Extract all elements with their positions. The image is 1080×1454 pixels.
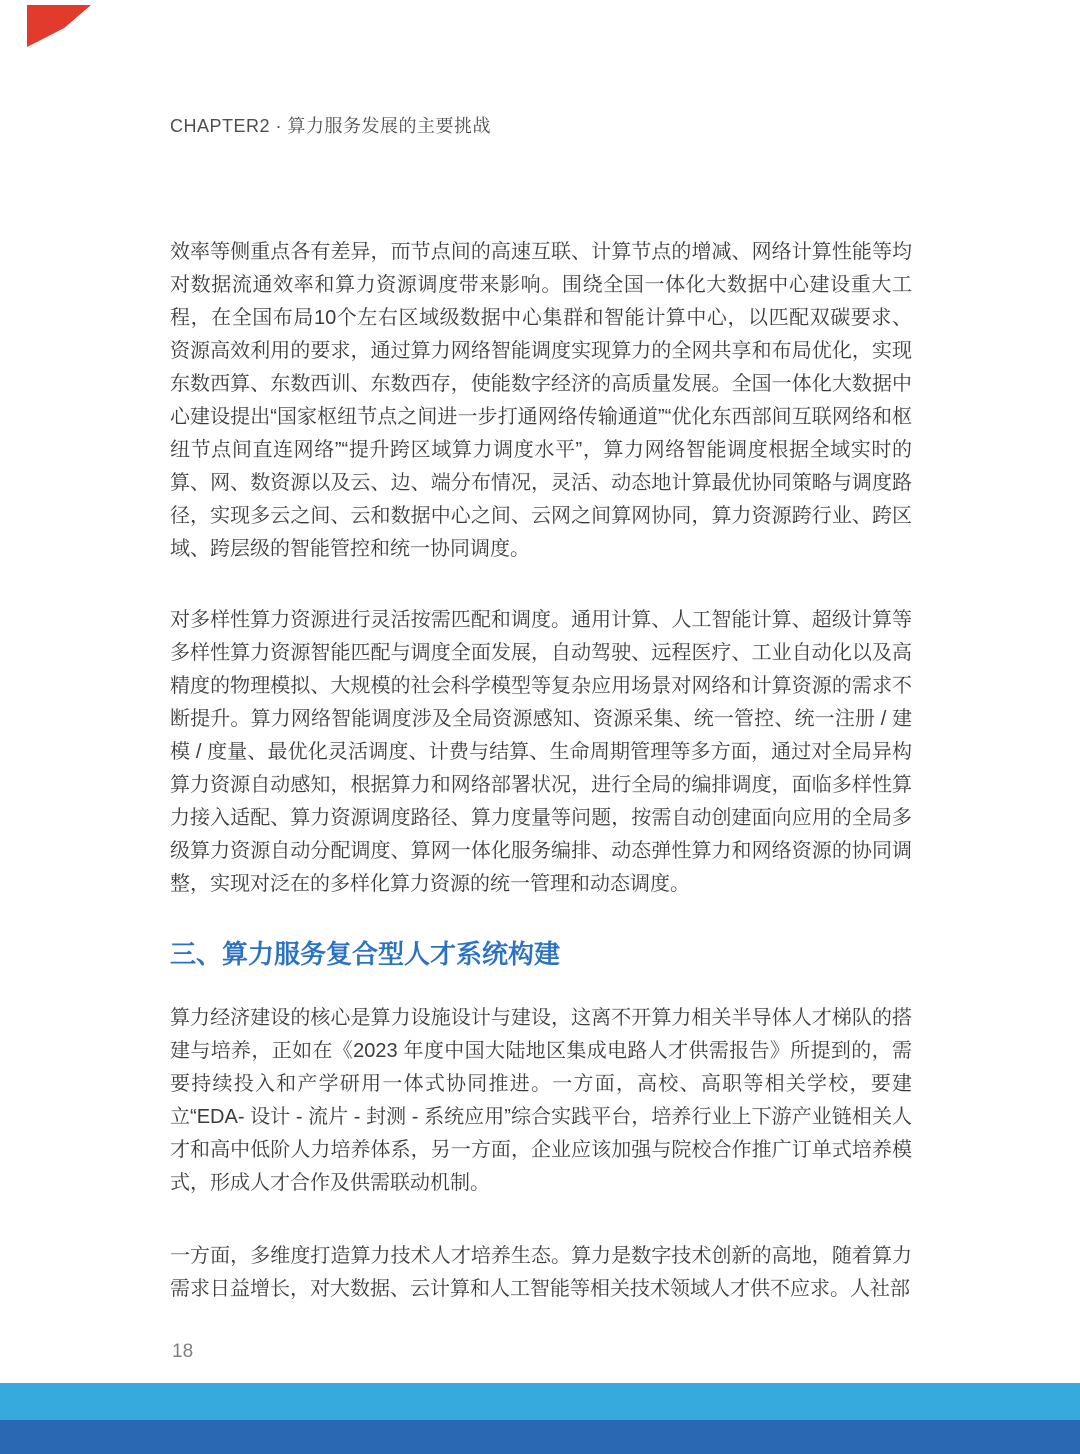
chapter-header: CHAPTER2 · 算力服务发展的主要挑战 (170, 112, 491, 138)
section-heading: 三、算力服务复合型人才系统构建 (170, 936, 912, 972)
body-paragraph-4: 一方面，多维度打造算力技术人才培养生态。算力是数字技术创新的高地，随着算力需求日… (170, 1240, 912, 1306)
page-number: 18 (172, 1341, 193, 1363)
corner-ribbon-icon (27, 5, 91, 47)
body-paragraph-1: 效率等侧重点各有差异，而节点间的高速互联、计算节点的增减、网络计算性能等均对数据… (170, 236, 912, 566)
body-paragraph-2: 对多样性算力资源进行灵活按需匹配和调度。通用计算、人工智能计算、超级计算等多样性… (170, 604, 912, 901)
body-paragraph-3: 算力经济建设的核心是算力设施设计与建设，这离不开算力相关半导体人才梯队的搭建与培… (170, 1002, 912, 1200)
footer-band-light (0, 1383, 1080, 1420)
report-page: CHAPTER2 · 算力服务发展的主要挑战 效率等侧重点各有差异，而节点间的高… (0, 0, 1080, 1454)
footer-band-dark (0, 1420, 1080, 1454)
